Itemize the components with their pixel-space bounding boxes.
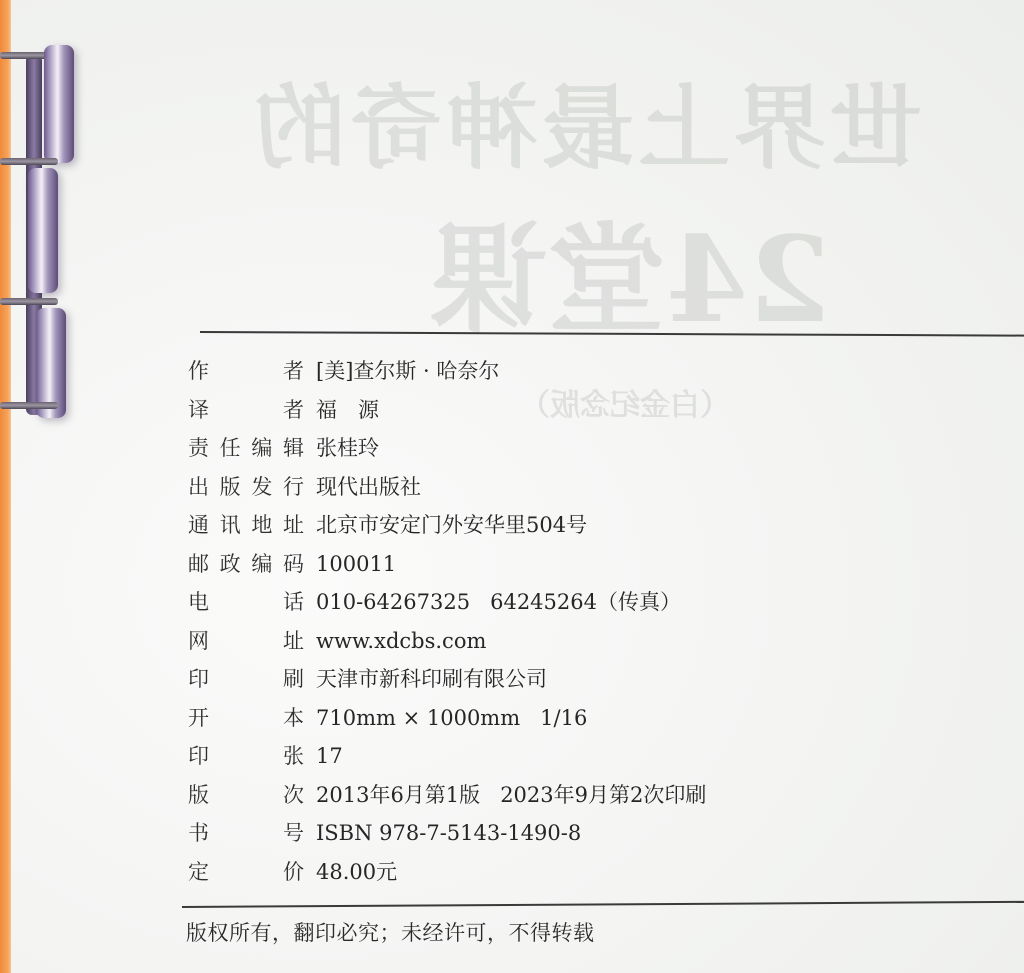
copyright-notice: 版权所有，翻印必究；未经许可，不得转载 — [186, 917, 595, 947]
colophon-value: 2013年6月第1版 2023年9月第2次印刷 — [316, 779, 706, 809]
colophon-value: ISBN 978-7-5143-1490-8 — [316, 821, 581, 845]
colophon-label: 书号 — [188, 817, 316, 847]
binder-wire-3 — [0, 298, 58, 305]
colophon-row: 定价48.00元 — [188, 856, 888, 895]
colophon-row: 开本710mm × 1000mm 1/16 — [188, 702, 888, 741]
colophon-label: 网址 — [188, 625, 316, 655]
colophon-value: 17 — [316, 744, 343, 768]
binder-ring-2 — [28, 168, 58, 293]
colophon-label-char: 开 — [188, 702, 209, 732]
colophon-value: [美]查尔斯 · 哈奈尔 — [316, 355, 499, 385]
colophon-label-char: 出 — [188, 471, 209, 501]
colophon-label-char: 任 — [220, 432, 241, 462]
colophon-label-char: 网 — [188, 625, 209, 655]
binder-ring-1 — [44, 45, 74, 163]
colophon-label-char: 张 — [283, 740, 304, 770]
colophon-row: 出版发行现代出版社 — [188, 471, 888, 510]
colophon-label-char: 址 — [283, 509, 304, 539]
colophon-label-char: 号 — [283, 817, 304, 847]
colophon-label-char: 刷 — [283, 663, 304, 693]
colophon-label-char: 者 — [283, 355, 304, 385]
colophon-row: 作者[美]查尔斯 · 哈奈尔 — [188, 355, 888, 394]
colophon-value: 现代出版社 — [316, 471, 421, 501]
colophon-label: 译者 — [188, 394, 316, 424]
colophon-label-char: 辑 — [283, 432, 304, 462]
colophon-label-char: 本 — [283, 702, 304, 732]
colophon-value: www.xdcbs.com — [316, 629, 486, 653]
colophon-table: 作者[美]查尔斯 · 哈奈尔译者福 源责任编辑张桂玲出版发行现代出版社通讯地址北… — [188, 355, 888, 894]
colophon-label: 电话 — [188, 586, 316, 616]
colophon-label-char: 址 — [283, 625, 304, 655]
colophon-label: 邮政编码 — [188, 548, 316, 578]
colophon-label-char: 印 — [188, 663, 209, 693]
colophon-label-char: 价 — [283, 856, 304, 886]
colophon-value: 北京市安定门外安华里504号 — [316, 509, 587, 539]
colophon-label-char: 电 — [188, 586, 209, 616]
binder-wire-2 — [0, 158, 58, 165]
colophon-label: 印张 — [188, 740, 316, 770]
colophon-label-char: 通 — [188, 509, 209, 539]
colophon-label-char: 者 — [283, 394, 304, 424]
colophon-label-char: 作 — [188, 355, 209, 385]
colophon-row: 书号ISBN 978-7-5143-1490-8 — [188, 817, 888, 856]
colophon-label-char: 邮 — [188, 548, 209, 578]
colophon-label-char: 版 — [188, 779, 209, 809]
colophon-label-char: 责 — [188, 432, 209, 462]
colophon-label-char: 话 — [283, 586, 304, 616]
colophon-label-char: 版 — [220, 471, 241, 501]
colophon-label-char: 行 — [283, 471, 304, 501]
colophon-value: 张桂玲 — [316, 432, 379, 462]
colophon-label-char: 地 — [251, 509, 272, 539]
colophon-label: 出版发行 — [188, 471, 316, 501]
colophon-label: 作者 — [188, 355, 316, 385]
colophon-value: 48.00元 — [316, 856, 397, 886]
colophon-label-char: 次 — [283, 779, 304, 809]
colophon-label: 责任编辑 — [188, 432, 316, 462]
colophon-row: 译者福 源 — [188, 394, 888, 433]
colophon-value: 天津市新科印刷有限公司 — [316, 663, 547, 693]
colophon-label: 定价 — [188, 856, 316, 886]
colophon-label: 开本 — [188, 702, 316, 732]
colophon-label: 通讯地址 — [188, 509, 316, 539]
colophon-row: 电话010-64267325 64245264（传真） — [188, 586, 888, 625]
colophon-value: 010-64267325 64245264（传真） — [316, 586, 681, 616]
binder-rings — [0, 40, 90, 430]
colophon-label-char: 印 — [188, 740, 209, 770]
colophon-label-char: 编 — [251, 548, 272, 578]
colophon-label-char: 书 — [188, 817, 209, 847]
colophon-value: 710mm × 1000mm 1/16 — [316, 706, 587, 730]
colophon-label-char: 发 — [251, 471, 272, 501]
colophon-label: 版次 — [188, 779, 316, 809]
binder-wire-4 — [0, 402, 58, 409]
colophon-row: 印刷天津市新科印刷有限公司 — [188, 663, 888, 702]
colophon-label-char: 讯 — [220, 509, 241, 539]
colophon-label-char: 定 — [188, 856, 209, 886]
colophon-row: 责任编辑张桂玲 — [188, 432, 888, 471]
colophon-row: 邮政编码100011 — [188, 548, 888, 587]
colophon-value: 100011 — [316, 552, 396, 576]
colophon-label-char: 译 — [188, 394, 209, 424]
colophon-value: 福 源 — [316, 394, 379, 424]
colophon-row: 印张17 — [188, 740, 888, 779]
colophon-label-char: 编 — [251, 432, 272, 462]
colophon-row: 网址www.xdcbs.com — [188, 625, 888, 664]
colophon-label-char: 码 — [283, 548, 304, 578]
colophon-label-char: 政 — [220, 548, 241, 578]
colophon-row: 版次2013年6月第1版 2023年9月第2次印刷 — [188, 779, 888, 818]
colophon-row: 通讯地址北京市安定门外安华里504号 — [188, 509, 888, 548]
colophon-label: 印刷 — [188, 663, 316, 693]
